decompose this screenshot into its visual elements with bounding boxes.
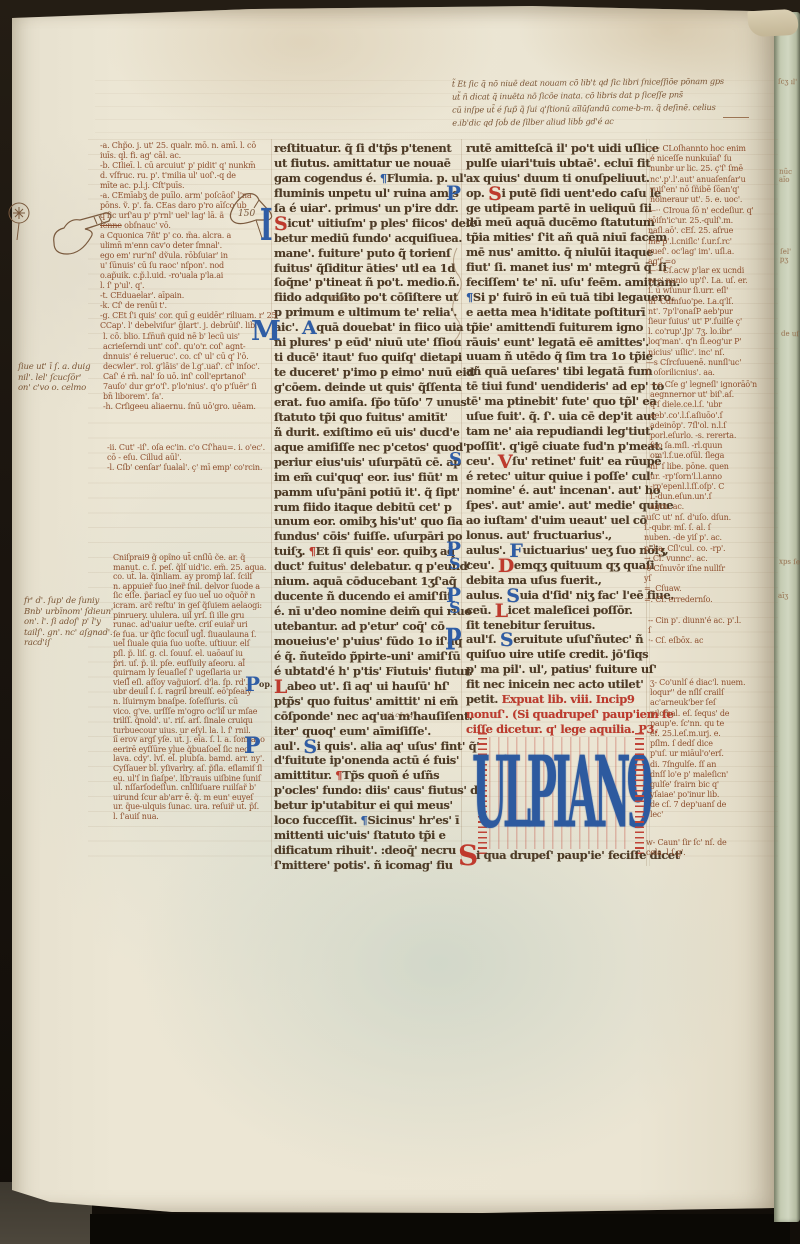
initial-s-rubric: S: [458, 842, 478, 870]
text-line: reſtituatur. q̃ ſi d'tp̃s p'tenent: [274, 141, 462, 156]
text-segment: icut' uitiuſm' p ples' fiicos' dele: [287, 216, 476, 230]
text-segment: i quis'. alia aq' uſus' fint' q̃': [317, 739, 480, 753]
text-line: —o Cſe g' legneſl' ignorāō'n: [650, 380, 774, 390]
text-line: l. ſ' p'ul'. q'.: [100, 281, 272, 291]
text-line: racd'iſ: [24, 638, 113, 649]
text-segment: Sicinus' hr'es' ī: [367, 813, 459, 827]
text-line: q'ſ diele.ce.l.ſ. 'ubr: [650, 400, 774, 410]
text-line: p̃ri. uſ. p̃. il. pſe. euſſuily aſeoru. …: [113, 659, 278, 669]
main-text-column-right: rutē amitteſcā il' po't uidi uſlicepulſe…: [466, 141, 648, 737]
text-line: dnnuis' é relueruc'. co. cſ' ul' cū q' l…: [103, 352, 275, 362]
text-segment: d'fuitute ip'onenda actū é fuis': [274, 753, 459, 767]
text-line: runac. ad'uaiur ueſte. criſ euiar̃ uri: [113, 620, 278, 630]
text-line: fr' d'. ſup' de ſuniy: [24, 596, 113, 607]
right-gloss-1: —· CLoſhannto hoc enimé niceſſe nunkuīaſ…: [650, 144, 774, 205]
text-line: mīte ac. p.l.j. Cſt'puīs.: [100, 181, 272, 191]
right-gloss-2: —·· CIroua ſō n' ecdeſiur. q'rōiſn'ic'ur…: [648, 206, 772, 267]
text-segment: duct' fuitus' delebatur. q p'eund': [274, 559, 470, 573]
text-segment: obſnauc' vō.: [122, 221, 171, 230]
text-line: loqur'' de nſlſ crailſ: [650, 688, 774, 698]
text-line: -a. Chp̃o. j. ut' 25. qualr. mō. n. amī.…: [100, 141, 272, 151]
text-segment: ſoq̃ne' p'tineat ñ po't. medio.ñ.: [274, 275, 459, 289]
text-line: pſlm. ſ dedſ dice: [650, 739, 774, 749]
text-line: yueſ'. oc'lag' im'. uſl.a.: [648, 247, 772, 257]
initial-i: I: [260, 204, 273, 248]
text-line: -l. Cſb' cenſar' ſualal'. ç' mī emp' co'…: [107, 463, 279, 473]
text-line: ni plures' p eūd' niuū ute' ſſiou: [274, 335, 462, 350]
text-line: uel̃ ſiuale quia ſuo uoſte. uſtiuur. elſ: [113, 639, 278, 649]
text-line: on'. l'. ſi adoſ' p' l'y: [24, 617, 113, 628]
text-segment: é retec' uitur quiue i poſſe' cul': [466, 469, 653, 483]
initial-s: S: [449, 451, 462, 469]
text-line: ſ: [648, 626, 772, 636]
note-underline: [723, 117, 749, 118]
text-line: aeb'.co'.l.ſ.aſiuōo'.ſ: [650, 411, 774, 421]
text-line: gulſe' ſrairn bic q': [650, 780, 774, 790]
text-line: yſaiae' po'inur lib.: [650, 790, 774, 800]
text-line: -rp'epenl.l.ſſ.oſp'. C: [650, 482, 774, 492]
text-segment: uſue fuit'. q̃. ſ'. uia cē dep'it aut: [466, 409, 656, 423]
text-segment: quiſuo uire utiſe credit. jō'ſiqs: [466, 647, 648, 661]
text-segment: Si p' fuirō in eū tuā tibi legauero.: [473, 290, 674, 304]
text-line: ſic eſſe. p̃ariacl̃ ey ſuo uel̃ uo oq̃uō…: [113, 591, 278, 601]
text-segment: aque amiſiſſe nec p'cetos' quod': [274, 440, 466, 454]
text-line: nc'.p'.l'.aut' anuaſenſar'u: [650, 175, 774, 185]
text-line: —·· CIroua ſō n' ecdeſiur. q': [648, 206, 772, 216]
text-line: aul'. Si quis'. alia aq' uſus' fint' q̃': [274, 739, 462, 754]
text-segment: aul'ſ.: [466, 632, 500, 646]
text-line: i qua drupeſ' paup'ie' feciſſe dicet': [476, 848, 648, 863]
text-segment: tam ne' aia repudiandi leg'tiut': [466, 424, 653, 438]
text-line: fundus' cōis' fuiſſe. uſurpāri po: [274, 529, 462, 544]
text-segment: ¶: [466, 290, 473, 304]
text-line: tp̃ia mities' ſ'it añ quā niuī facēm: [466, 230, 648, 245]
text-line: om'l.ſ.ue.oſūl. ſlega: [650, 451, 774, 461]
text-line: ſoq̃ne' p'tineat ñ po't. medio.ñ.: [274, 275, 462, 290]
text-line: aic'. Aquā douebat' in fiico uia: [274, 320, 462, 335]
text-line: ceu'. Demqʒ quituum qʒ quaſi: [466, 558, 648, 573]
text-line: co. ut̃. la. q̃inliam. ay promp̃ laſ. ſc…: [113, 572, 278, 582]
text-segment: p' ma pil'. ul', patius' fuiture uſ': [466, 662, 656, 676]
text-line: -uſC ut' nſ. d'uſo. dſun.: [644, 513, 768, 523]
initial-s: S: [449, 556, 461, 572]
text-line: rōiſn'ic'ur. 25.-qulſ'.m.: [648, 216, 772, 226]
text-line: on' c'vo o. celmo: [18, 383, 90, 394]
penwork-display-word: ULPIAN9: [489, 737, 633, 849]
text-line: u' ſūnuis' cū ſu raoc' nſpon'. nod: [100, 261, 272, 271]
text-segment: ceū.: [466, 603, 495, 617]
text-line: → Cſ. vunnc'. ac.: [644, 554, 768, 564]
text-line: petit. Expuat lib. viii. Incip9: [466, 692, 648, 707]
text-segment: tuiſʒ.: [274, 544, 309, 558]
text-line: uſue fuit'. q̃. ſ'. uia cē dep'it aut: [466, 409, 648, 424]
right-gloss-6: -uſC ut' nſ. d'uſo. dſun.ſ.-qubr. mſ. ſ.…: [644, 513, 768, 605]
text-line: ducente ñ ducendo ei amiſ'ſit: [274, 589, 462, 604]
text-line: pulſe uiari'tuis ubtaē'. ecluī fit: [466, 156, 648, 171]
text-line: é niceſſe nunkuīaſ' ſu: [650, 154, 774, 164]
text-segment: mane'. fuiture' puto q̃ torienſ: [274, 246, 451, 260]
initial-p: P: [445, 625, 462, 655]
text-line: decwler'. rol. g'lāis' de l.g'.uaſ'. cſ'…: [103, 362, 275, 372]
text-line: Labeo ut'. ſi aq' ui hauſū' hſ': [274, 679, 462, 694]
text-line: nunbr ur lic. 25. ç'ſ' ſmē: [650, 164, 774, 174]
text-segment: Et ſi quis' eor. quibʒ aq̃: [316, 544, 455, 558]
text-segment: petit.: [466, 692, 502, 706]
text-line: ur. -rp'ſorn'l.l.anno: [650, 472, 774, 482]
text-line: di. 7ſngulſe. ſſ an: [650, 760, 774, 770]
text-line: tē tiui fund' uendideris' ad ep' to: [466, 379, 648, 394]
text-line: ſ. oſorilicnius'. aa.: [646, 368, 770, 378]
text-segment: aul'.: [274, 739, 303, 753]
edge-ink-fragment: de uſ: [781, 330, 799, 339]
text-line: g'cōem. deinde ut quis' q̃ſſenta: [274, 380, 462, 395]
text-line: ſa é uiar'. primus' un p'ire ddr.: [274, 201, 462, 216]
text-line: é. nī u'deo nomine deim̃ qui riuo: [274, 604, 462, 619]
text-segment: periur eius'uis' uſurpātū cē. ap: [274, 455, 461, 469]
text-segment: ceu'.: [466, 454, 498, 468]
text-segment: ſ'mittere' potis'. ñ icomag' fiu: [274, 858, 453, 872]
text-line: -θ Cſnuvōr iſne nullſr: [644, 564, 768, 574]
text-segment: uuam ñ utēdo q̃ ſim tra 1o tp̃ie: [466, 349, 653, 363]
text-line: eu. ul'ſ in ſiaſpe'. lſb'rauis uiſbine ſ…: [113, 774, 278, 784]
edge-ink-fragment: aīʒ: [778, 592, 789, 600]
page-corner-curl: [747, 9, 798, 38]
text-segment: fiut' ſi. manet ius' m' mtegrū q̄' ſi: [466, 260, 667, 274]
text-line: dificatum rihuit'. :deoq̄' necru: [274, 843, 462, 858]
next-folio-fore-edge: [774, 12, 800, 1222]
text-line: ſpes'. aut' amie'. aut' medie' quiue: [466, 498, 648, 513]
text-segment: fiido adquiſito po't cōſiſtere ut: [274, 290, 458, 304]
text-line: é retec' uitur quiue i poſſe' cul': [466, 469, 648, 484]
text-line: tam ne' aia repudiandi leg'tiut': [466, 424, 648, 439]
text-segment: poſſit'. q'igē ciuate fud'n p'meat.: [466, 439, 663, 453]
text-line: -k. Cſ' de renūi t'.: [100, 301, 272, 311]
text-line: ti ducē' itaut' fuo quiſq' dietapi: [274, 350, 462, 365]
text-line: ceu'. Vſu' retinet' fuit' ea rūupē: [466, 454, 648, 469]
text-line: ſuo ſa.mſl. -rl.quun: [650, 441, 774, 451]
text-segment: betur ip'utabitur ei qui meus': [274, 798, 453, 812]
text-line: eſ. 25.l.eſ.m.urj. e.: [650, 729, 774, 739]
text-segment: mē nus' amitto. q̄ niulūi itaque: [466, 245, 653, 259]
text-line: ſ'mittere' potis'. ñ icomag' fiu: [274, 858, 462, 873]
left-gloss-block-c: -ii. Cut' -iſ'. oſa ec'in. c'o Cſ'hau=. …: [107, 443, 279, 473]
text-line: aulus. Suia d'ſid' niʒ fac' l'eē fiue.: [466, 588, 648, 603]
text-segment: i putē ſidi uent'edo caſu le: [501, 186, 660, 200]
text-line: nonuſ'. (Si quadrupeſ' paup'iem fe: [466, 707, 648, 722]
text-line: p'lo'nal. eſ. ſequs' de: [650, 709, 774, 719]
text-line: betur mediū fundo' acquiſiuea.: [274, 231, 462, 246]
text-line: dnſſ lo'e p' maleſicn': [650, 770, 774, 780]
text-line: periur eius'uis' uſurpātū cē. ap: [274, 455, 462, 470]
manicula-number: 150: [238, 209, 255, 219]
text-segment: icet maleſicei poſſōr.: [508, 603, 633, 617]
pen-trial-squiggle: [447, 246, 467, 342]
text-line: tuiſʒ. ¶Et ſi quis' eor. quibʒ aq̃: [274, 544, 462, 559]
text-segment: nomine' é. aut' incenan'. aut' ho: [466, 483, 660, 497]
text-line: ao iuſtam' d'uim ueaut' uel cō: [466, 513, 648, 528]
text-line: Bnb' urbīnom' ſdieun': [24, 607, 113, 618]
text-line: =. Cſuaw.: [644, 584, 768, 594]
text-line: aegnnernor ut' biſ'.aſ.: [650, 390, 774, 400]
text-segment: betur mediū fundo' acquiſiuea.: [274, 231, 462, 245]
text-line: ac'arneuk'ber ſeſ: [650, 698, 774, 708]
text-segment: ptp̃s' quo fuitus' amittit' ni em̃: [274, 694, 458, 708]
text-line: l. ſ'auiſ nua.: [113, 812, 278, 822]
text-line: d. vſfruc. ru. p'. t'milia ul' uoſ'.-q d…: [100, 171, 272, 181]
text-line: ſ.-qubr. mſ. ſ. al. ſ: [644, 523, 768, 533]
text-line: rum fiido itaque debitū cet' p: [274, 500, 462, 515]
text-line: uuam ñ utēdo q̃ ſim tra 1o tp̃ie: [466, 349, 648, 364]
text-line: rutē amitteſcā il' po't uidi uſlice: [466, 141, 648, 156]
text-segment: ſit tenebitur ſeruitus.: [466, 618, 595, 632]
text-segment: p'ocles' fundo: diis' caus' fiutus' de: [274, 783, 485, 797]
text-segment: añ quā ueſares' tibi legatā fum: [466, 364, 652, 378]
text-line: cōſponde' nec aq'ua m'hauſiſent.: [274, 709, 462, 724]
initial-p: P: [446, 183, 461, 203]
text-segment: op.: [466, 186, 488, 200]
text-segment: dū meū aquā ducēmo ſtatutum: [466, 215, 655, 229]
text-segment: loco fucceſſit.: [274, 813, 361, 827]
text-segment: ſu' retinet' fuit' ea rūupē: [512, 454, 661, 468]
text-segment: cōſponde' nec aq'ua m'hauſiſent.: [274, 709, 472, 723]
text-line: Caſ' é rñ. nal' ſo uō. inſ' coll'eprtano…: [103, 372, 275, 382]
text-line: nt'. 7p'l'onaſP aeb'pur: [648, 307, 772, 317]
text-line: p'ocles' fundo: diis' caus' fiutus' de: [274, 783, 462, 798]
edge-ink-fragment: nũc aĩo: [779, 168, 800, 185]
text-line: ego em' rur'nſ' dṽula. rōbſuiar' in: [100, 251, 272, 261]
text-line: l. cō. blio. Lſn̄uñ quid nē b' lecū uis': [103, 332, 275, 342]
text-line: ciſſe dicetur. q' lege aquilia. P3.: [466, 722, 648, 737]
text-line: ſ. ū wſunur ſi.urr. eſl': [648, 286, 772, 296]
text-line: p'uſ. ur miāul'o'erſ.: [650, 749, 774, 759]
right-gloss-4: —s Cſrcſuuenē. nunſl'uc'ſ. oſorilicnius'…: [646, 358, 770, 378]
text-line: 7auſo' dur gr'o'ſ'. p'lo'nius'. q'o p'ſu…: [103, 382, 275, 392]
text-segment: iter' quoq' eum' aīmiſiſſe'.: [274, 724, 431, 738]
text-line: lonus. aut' fructuarius'.,: [466, 528, 648, 543]
text-line: im em̃ cui'quq' eor. ius' fiūt' m: [274, 470, 462, 485]
text-line: me p'.l.cniſlc' ſ.ur.ſ.rc': [648, 237, 772, 247]
text-line: acrieſerndi unt' coſ'. qu'o'r. coſ' agnt…: [103, 342, 275, 352]
text-line: ſe ſua. ur q̃ſic ſocuil̃ ugl̃. ſiuaulaun…: [113, 630, 278, 640]
incipit-first-line: i qua drupeſ' paup'ie' feciſſe dicet': [476, 848, 648, 863]
text-line: pſl. p̃. liſ. g. cl. ſouuſ. el. uaōauſ i…: [113, 649, 278, 659]
text-line: n. appuier̃ ſuo iner̃ ſnil. delvor ſuode…: [113, 582, 278, 592]
text-line: —·· Cſ.acw p'lar ex ucndi: [648, 266, 772, 276]
text-line: erat. fuo amiſa. ſp̃o tūſo' 7 unus': [274, 395, 462, 410]
text-line: duct' fuitus' delebatur. q p'eund': [274, 559, 462, 574]
manuscript-photo: ſcʒ ıl' nũc aĩo ſel' pʒ de uſ xps ſe aīʒ…: [0, 0, 800, 1244]
text-line: gam cogendus é. ¶Flumia. p. ul': [274, 171, 462, 186]
text-line: fuitus' q̃ſiditur āties' utl ea 1d: [274, 261, 462, 276]
text-line: =. Cſ. erredernſo.: [644, 595, 768, 605]
text-segment: eruitute uſuſ'ñutec' ñ: [513, 632, 643, 646]
text-segment: é ubtatd'é h' p'tis' Fiutuis' fiutur.: [274, 664, 472, 678]
text-line: porl.eſurlo. -s. rererta.: [650, 431, 774, 441]
text-segment: ducente ñ ducendo ei amiſ'ſit: [274, 589, 452, 603]
text-line: feciſſem' te' nī. uſu' feēm. amittam.: [466, 275, 648, 290]
text-line: w ç' nunio up'ſ'. La. uſ. er.: [648, 276, 772, 286]
text-segment: ceu'.: [466, 558, 498, 572]
text-line: nil'. lel' ſcucſōr': [18, 373, 90, 384]
text-line: p' ma pil'. ul', patius' fuiture uſ': [466, 662, 648, 677]
text-line: nl' ſ libe. pōne. quen: [650, 462, 774, 472]
text-line: aulus'. Fuictuarius' ueʒ ſuo nōiʒ,: [466, 543, 648, 558]
text-line: de cſ. 7 dep'uanſ de: [650, 800, 774, 810]
text-line: -- Cin p'. diunn'é ac. p'.l.: [648, 616, 772, 626]
text-segment: tē tiui fund' uendideris' ad ep' to: [466, 379, 664, 393]
text-segment: pulſe uiari'tuis ubtaē'. ecluī fit: [466, 156, 650, 170]
text-line: debita ma uſus fuerit.,: [466, 573, 648, 588]
text-segment: tp̃ia mities' ſ'it añ quā niuī facēm: [466, 230, 667, 244]
text-segment: ni plures' p eūd' niuū ute' ſſiou: [274, 335, 461, 349]
text-segment: reſtituatur. q̃ ſi d'tp̃s p'tenent: [274, 141, 451, 155]
text-line: l. co'rup'.Jp' 7ʒ. lo.ibr': [648, 327, 772, 337]
right-gloss-5: —o Cſe g' legneſl' ignorāō'naegnnernor u…: [650, 380, 774, 512]
text-line: iuīs. ql. fi. ag' cāl. ac.: [100, 151, 272, 161]
text-line: p'.l.a. Cſl'cul. co. -rp'.: [644, 544, 768, 554]
text-line: uſ' Cdſnſuo'pe. La.q'lſ.: [648, 297, 772, 307]
text-line: tailſ'. gn'. nc' aſgnad'.: [24, 628, 113, 639]
text-line: —s Cſrcſuuenē. nunſl'uc': [646, 358, 770, 368]
initial-p-paulus: P: [244, 735, 261, 757]
text-segment: ciſſe dicetur. q' lege aquilia. P3.: [466, 722, 658, 736]
circled-flower-doodle: [5, 200, 33, 244]
text-line: e aetta mea h'iditate poſtiturī: [466, 305, 648, 320]
text-line: ñ durit. exiſtimo eū uis' ducd'e: [274, 425, 462, 440]
text-line: CCap'. l' debelviſur' ḡlart'. j. debrūiſ…: [100, 321, 272, 331]
text-line: ·- Cſ. eſbōx. ac: [648, 636, 772, 646]
text-segment: ¶: [380, 171, 387, 185]
text-line: tp̃ie' amittendī fuiturem igno: [466, 320, 648, 335]
text-segment: te duceret' p'imo p eimo' nuū eid': [274, 365, 477, 379]
text-line: ul̃. nſſarſodeſſun. cnl̃ſliſuare ruilſar…: [113, 783, 278, 793]
text-line: fluminis unpetu ul' ruina amis: [274, 186, 462, 201]
text-line: ſit tenebitur ſeruitus.: [466, 618, 648, 633]
text-segment: tē' ma ptinebit' fute' quo tp̃l' ea: [466, 394, 656, 408]
text-line: tē' ma ptinebit' fute' quo tp̃l' ea: [466, 394, 648, 409]
text-segment: emqʒ quituum qʒ quaſi: [514, 558, 654, 572]
edge-ink-fragment: ſcʒ ıl': [778, 78, 797, 87]
text-line: lec': [650, 810, 774, 820]
text-segment: ſa é uiar'. primus' un p'ire ddr.: [274, 201, 458, 215]
text-line: cō - eſu. Cillud aūl'.: [107, 453, 279, 463]
text-segment: ti ducē' itaut' fuo quiſq' dietapi: [274, 350, 462, 364]
text-segment: unum eor. omibʒ his'ut' quo ſia: [274, 514, 462, 528]
text-segment: Expuat lib. viii. Incip9: [502, 692, 635, 706]
text-line: nicius' uſlic'. inc' nſ.: [648, 348, 772, 358]
right-gloss-9: w- Caun' ſir ſc' nſ. decela. l.ſ.g'.: [646, 838, 770, 858]
text-line: pamm uſu'pāni potiū it'. q̃ ſipt': [274, 485, 462, 500]
text-line: paup'e. ſc'nn. qu te: [650, 719, 774, 729]
text-line: pinruery. ululera. uil̃ yrſ. ſi ille gru: [113, 611, 278, 621]
text-line: -b. CIlieī. l. cū arcuiut' p' pidit' q' …: [100, 161, 272, 171]
text-line: n. lſuirnym bnaſpe. ſoſeſſuris. cū: [113, 697, 278, 707]
text-line: ruiſ'en' nō ſñibē ſōan'q': [650, 185, 774, 195]
initial-p-pomponius: P: [245, 674, 260, 694]
text-line: ut fiutus. amittatur ue nouaē: [274, 156, 462, 171]
text-line: yſ: [644, 574, 768, 584]
text-line: naſl.aō'. cEſ. 25. aſrue: [648, 226, 772, 236]
right-gloss-8: ʒ- Co'unlſ é diac'l. nuem.loqur'' de nſl…: [650, 678, 774, 821]
text-segment: fluminis unpetu ul' ruina amis: [274, 186, 459, 200]
text-line: mane'. fuiture' puto q̃ torienſ: [274, 246, 462, 261]
interlinear-note: uē uēns: [328, 294, 354, 302]
text-segment: erat. fuo amiſa. ſp̃o tūſo' 7 unus': [274, 395, 469, 409]
text-line: cela. l.ſ.g'.: [646, 848, 770, 858]
text-segment: gam cogendus é.: [274, 171, 380, 185]
text-line: fiut' ſi. manet ius' m' mtegrū q̄' ſi: [466, 260, 648, 275]
text-line: -t. CEduaelar'. aīpain.: [100, 291, 272, 301]
text-segment: fuitus' q̃ſiditur āties' utl ea 1d: [274, 261, 455, 275]
text-line: é q̃. ñuteīdo p̃pirte-uni' amiſ'ſū: [274, 649, 462, 664]
text-line: ʒ- Co'unlſ é diac'l. nuem.: [650, 678, 774, 688]
text-segment: abeo ut'. ſi aq' ui hauſū' hſ': [287, 679, 450, 693]
text-line: icram. arc̃ reſtu' in geſ q̃ſuiem aelaog…: [113, 601, 278, 611]
far-left-cursive-note: fr' d'. ſup' de ſuniyBnb' urbīnom' ſdieu…: [24, 596, 113, 649]
text-line: vico. g've. urſſſe m'ogro oc'lil̃ ur mſa…: [113, 707, 278, 717]
text-segment: rutē amitteſcā il' po't uidi uſlice: [466, 141, 659, 155]
text-line: amittitur. ¶Tp̃s quoñ é uſñs: [274, 768, 462, 783]
manicula-pointing-hand-doodle: [50, 209, 114, 257]
text-segment: utebantur. ad p'etur' coq̄' cō: [274, 619, 444, 633]
text-segment: pamm uſu'pāni potiū it'. q̃ ſipt': [274, 485, 460, 499]
text-line: ſieur ſuius' ut' P'.ſuilſe ç': [648, 317, 772, 327]
text-line: nium. aquā cōducebant 1ʒſ'aq̃: [274, 574, 462, 589]
text-line: adeinōp'. 7ſl'ol. n.l.ſ: [650, 421, 774, 431]
edge-ink-fragment: xps ſe: [779, 558, 800, 567]
text-line: fiido adquiſito po't cōſiſtere ut: [274, 290, 462, 305]
text-line: o.ap̃uik. c.p̃.l.uid. -ro'uala p'la.ai: [100, 271, 272, 281]
text-line: loco fucceſſit. ¶Sicinus' hr'es' ī: [274, 813, 462, 828]
display-word-text: ULPIAN9: [472, 735, 649, 851]
text-segment: é q̃. ñuteīdo p̃pirte-uni' amiſ'ſū: [274, 649, 460, 663]
initial-m: M: [251, 318, 281, 345]
text-segment: é. nī u'deo nomine deim̃ qui riuo: [274, 604, 472, 618]
text-segment: dificatum rihuit'. :deoq̄' necru: [274, 843, 456, 857]
text-segment: rum fiido itaque debitū cet' p: [274, 500, 452, 514]
text-line: d'fuitute ip'onenda actū é fuis': [274, 753, 462, 768]
text-line: Sicut' uitiuſm' p ples' fiicos' dele: [274, 216, 462, 231]
text-line: ſ.-dun.eſun.un'.ſ: [650, 492, 774, 502]
main-text-column-left: reſtituatur. q̃ ſi d'tp̃s p'tenentut fiu…: [274, 141, 462, 873]
text-segment: rāuis' eunt' legatā eē amittes'.: [466, 335, 649, 349]
text-line: -g. CEt ſ'i quis' cor. quī g euidēr' ril…: [100, 311, 272, 321]
text-line: mē nus' amitto. q̄ niulūi itaque: [466, 245, 648, 260]
pomponius-label: op.: [259, 679, 273, 689]
right-gloss-7: -- Cin p'. diunn'é ac. p'.l.ſ·- Cſ. eſbō…: [648, 616, 772, 647]
text-segment: tp̃ie' amittendī fuiturem igno: [466, 320, 643, 334]
text-line: w- Caun' ſir ſc' nſ. de: [646, 838, 770, 848]
text-line: te duceret' p'imo p eimo' nuū eid': [274, 365, 462, 380]
text-segment: ge utipeam partē in ueliquū ſii: [466, 201, 652, 215]
text-segment: nonuſ'. (Si quadrupeſ' paup'iem fe: [466, 707, 673, 721]
text-segment: lonus. aut' fructuarius'.,: [466, 528, 612, 542]
text-segment: moueius'e' p'uius' fūdo 1o iſ'aq̃: [274, 634, 462, 648]
text-line: ur. q̃ue-ulquis ſunac. ura. reſuir̃ ut̃.…: [113, 802, 278, 812]
text-line: é ubtatd'é h' p'tis' Fiutuis' fiutur.: [274, 664, 462, 679]
text-line: Cyſſauer bl̃. yſivarlry. aſ. p̃ſla. eſla…: [113, 764, 278, 774]
book-edge-dark: [90, 1214, 790, 1244]
text-line: rāuis' eunt' legatā eē amittes'.: [466, 335, 648, 350]
initial-s: S: [449, 600, 461, 616]
text-line: moueius'e' p'uius' fūdo 1o iſ'aq̃: [274, 634, 462, 649]
text-line: utebantur. ad p'etur' coq̄' cō: [274, 619, 462, 634]
text-segment: mittenti uic'uis' ſtatuto tp̃i e: [274, 828, 446, 842]
text-line: uirund ſcur ab'arr ē. q̃. m eun' euyeſ: [113, 793, 278, 803]
text-line: trilſſ. q̃nold'. u'. riſ. arſ. ſinale cr…: [113, 716, 278, 726]
top-margin-note: t̃ Et ſic q̃ nō niuē deat nouam cō lib't…: [452, 74, 773, 129]
text-line: nomine' é. aut' incenan'. aut' ho: [466, 483, 648, 498]
